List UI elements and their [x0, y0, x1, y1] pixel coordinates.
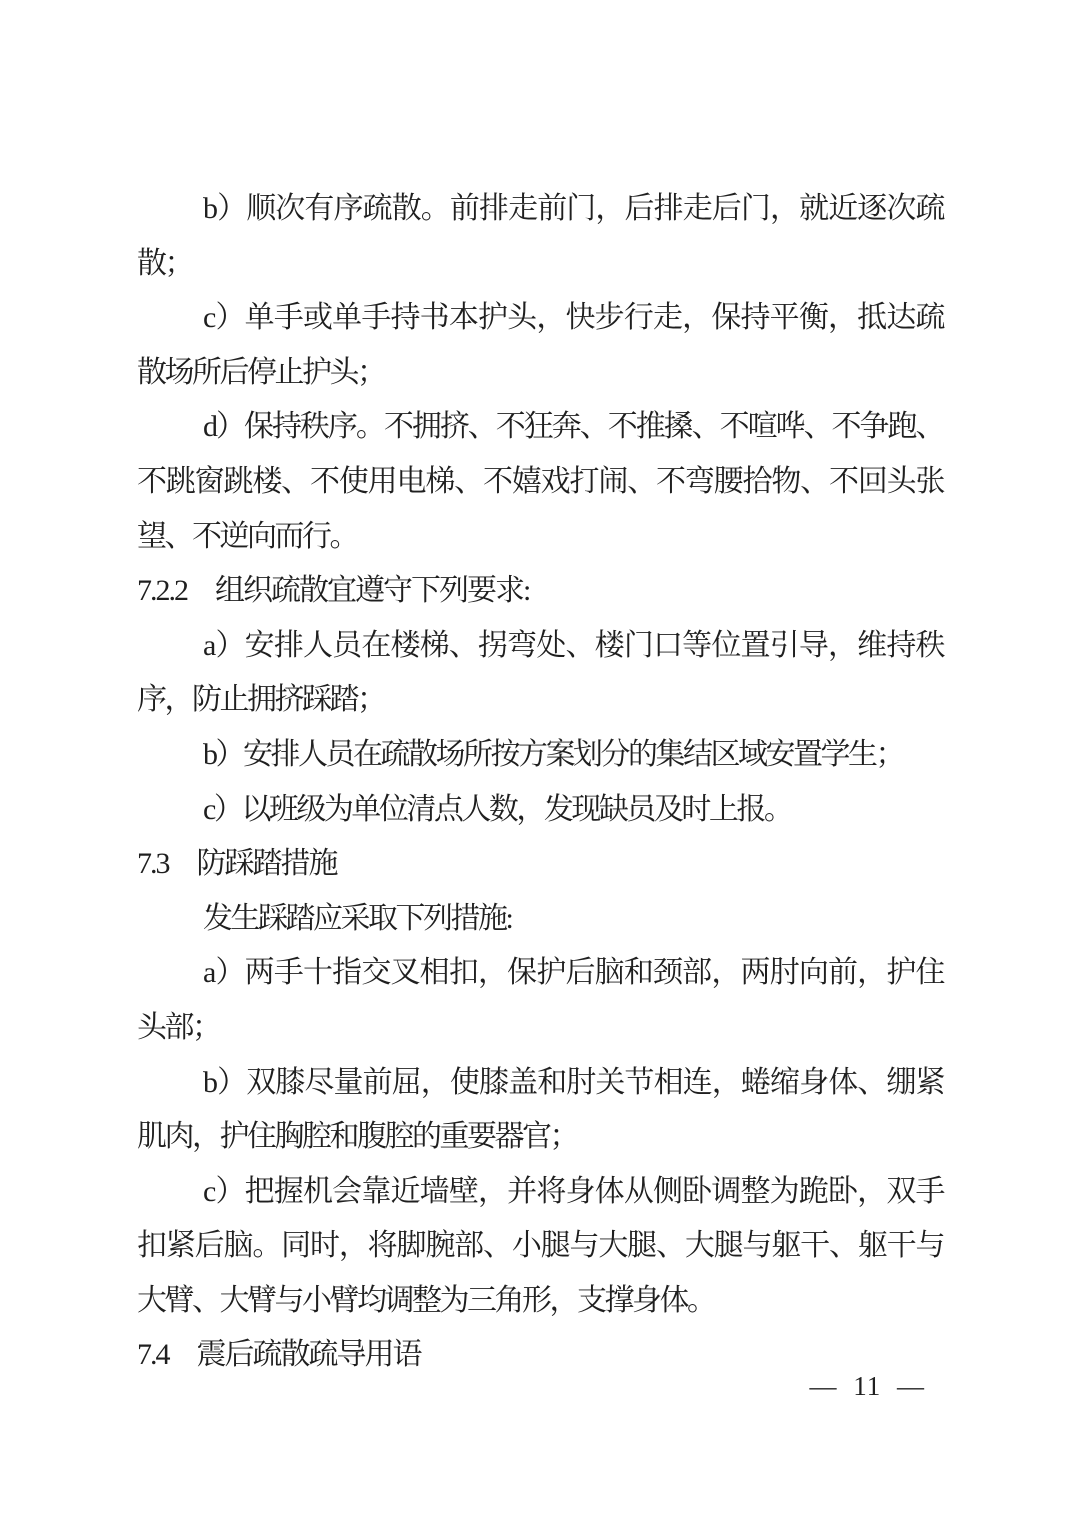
document-body: b）顺次有序疏散。前排走前门，后排走后门，就近逐次疏散；c）单手或单手持书本护头…: [137, 182, 943, 1383]
text-line: c）单手或单手持书本护头，快步行走，保持平衡，抵达疏: [137, 291, 943, 346]
text-line: 头部；: [137, 1001, 943, 1056]
document-page: b）顺次有序疏散。前排走前门，后排走后门，就近逐次疏散；c）单手或单手持书本护头…: [0, 0, 1080, 1527]
section-heading: 7.3 防踩踏措施: [137, 837, 943, 892]
text-line: 发生踩踏应采取下列措施:: [137, 892, 943, 947]
text-line: a）安排人员在楼梯、拐弯处、楼门口等位置引导，维持秩: [137, 619, 943, 674]
text-line: 序，防止拥挤踩踏；: [137, 673, 943, 728]
text-line: c）以班级为单位清点人数，发现缺员及时上报。: [137, 783, 943, 838]
text-line: a）两手十指交叉相扣，保护后脑和颈部，两肘向前，护住: [137, 946, 943, 1001]
text-line: c）把握机会靠近墙壁，并将身体从侧卧调整为跪卧，双手: [137, 1165, 943, 1220]
text-line: d）保持秩序。不拥挤、不狂奔、不推搡、不喧哗、不争跑、: [137, 400, 943, 455]
text-line: b）安排人员在疏散场所按方案划分的集结区域安置学生；: [137, 728, 943, 783]
text-line: 肌肉，护住胸腔和腹腔的重要器官；: [137, 1110, 943, 1165]
text-line: b）双膝尽量前屈，使膝盖和肘关节相连，蜷缩身体、绷紧: [137, 1056, 943, 1111]
text-line: 散场所后停止护头；: [137, 346, 943, 401]
text-line: 扣紧后脑。同时，将脚腕部、小腿与大腿、大腿与躯干、躯干与: [137, 1219, 943, 1274]
section-heading: 7.2.2 组织疏散宜遵守下列要求:: [137, 564, 943, 619]
text-line: 散；: [137, 237, 943, 292]
text-line: 不跳窗跳楼、不使用电梯、不嬉戏打闹、不弯腰拾物、不回头张: [137, 455, 943, 510]
page-number: — 11 —: [137, 1370, 943, 1402]
text-line: b）顺次有序疏散。前排走前门，后排走后门，就近逐次疏: [137, 182, 943, 237]
text-line: 大臂、大臂与小臂均调整为三角形，支撑身体。: [137, 1274, 943, 1329]
text-line: 望、不逆向而行。: [137, 510, 943, 565]
